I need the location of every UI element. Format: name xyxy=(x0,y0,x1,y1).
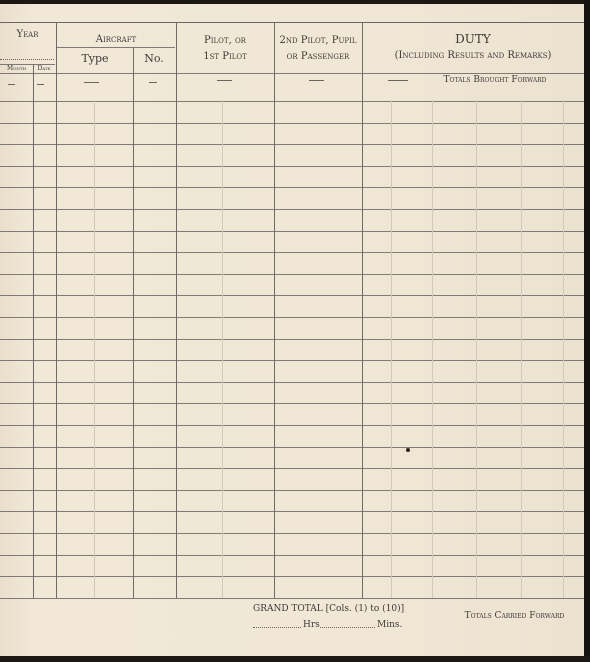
row-rule xyxy=(0,576,584,577)
row-rule xyxy=(0,339,584,340)
no-label: No. xyxy=(133,52,175,66)
row-rule xyxy=(0,144,584,145)
duty-sublabel: (Including Results and Remarks) xyxy=(362,49,584,63)
row-rule xyxy=(0,252,584,253)
grand-total-label: GRAND TOTAL [Cols. (1) to (10)] xyxy=(253,604,404,614)
type-dash xyxy=(84,82,99,83)
second-duty-divider xyxy=(362,22,363,598)
row-rule xyxy=(0,209,584,210)
page-bottom-shadow xyxy=(0,656,590,662)
duty-dash xyxy=(388,80,408,81)
faint-rule xyxy=(94,100,95,598)
row-rule xyxy=(0,317,584,318)
pilot-label-2: 1st Pilot xyxy=(176,50,274,64)
faint-rule xyxy=(521,100,522,598)
date-label: Date xyxy=(33,65,55,73)
hrs-dotted xyxy=(253,627,301,628)
pilot-dash xyxy=(217,80,232,81)
page-edge-shadow xyxy=(584,0,590,662)
row-rule xyxy=(0,403,584,404)
row-rule xyxy=(0,490,584,491)
faint-rule xyxy=(391,100,392,598)
row-rule xyxy=(0,511,584,512)
ink-dot xyxy=(406,448,410,452)
row-rule xyxy=(0,231,584,232)
faint-rule xyxy=(476,100,477,598)
type-no-divider xyxy=(133,47,134,598)
totals-carried-forward-label: Totals Carried Forward xyxy=(447,609,582,623)
row-rule xyxy=(0,468,584,469)
month-label: Month xyxy=(0,65,33,73)
aircraft-pilot-divider xyxy=(176,22,177,598)
totals-brought-forward-label: Totals Brought Forward xyxy=(420,73,570,87)
month-date-divider xyxy=(33,64,34,598)
row-rule xyxy=(0,101,584,102)
row-rule xyxy=(0,274,584,275)
year-dotted-rule xyxy=(0,59,54,60)
row-rule xyxy=(0,295,584,296)
row-rule xyxy=(0,425,584,426)
month-dash xyxy=(8,84,15,85)
second-pilot-dash xyxy=(309,80,324,81)
duty-label: DUTY xyxy=(362,32,584,46)
pilot-label-1: Pilot, or xyxy=(176,34,274,48)
faint-rule xyxy=(222,100,223,598)
footer-top-rule xyxy=(0,598,584,599)
second-pilot-label-1: 2nd Pilot, Pupil xyxy=(274,34,362,48)
aircraft-label: Aircraft xyxy=(57,33,175,47)
row-rule xyxy=(0,533,584,534)
faint-rule xyxy=(563,100,564,598)
type-label: Type xyxy=(57,52,133,66)
mins-dotted xyxy=(320,627,375,628)
hrs-label: Hrs xyxy=(303,620,320,630)
year-aircraft-divider xyxy=(56,22,57,598)
header-top-rule xyxy=(0,22,584,23)
row-rule xyxy=(0,382,584,383)
second-pilot-label-2: or Passenger xyxy=(274,50,362,64)
row-rule xyxy=(0,123,584,124)
no-dash xyxy=(149,82,157,83)
aircraft-split-rule xyxy=(57,47,175,48)
row-rule xyxy=(0,555,584,556)
row-rule xyxy=(0,166,584,167)
pilot-second-divider xyxy=(274,22,275,598)
mins-label: Mins. xyxy=(377,620,402,630)
row-rule xyxy=(0,187,584,188)
year-label: Year xyxy=(0,28,55,42)
faint-rule xyxy=(432,100,433,598)
date-dash xyxy=(37,84,44,85)
row-rule xyxy=(0,447,584,448)
row-rule xyxy=(0,360,584,361)
